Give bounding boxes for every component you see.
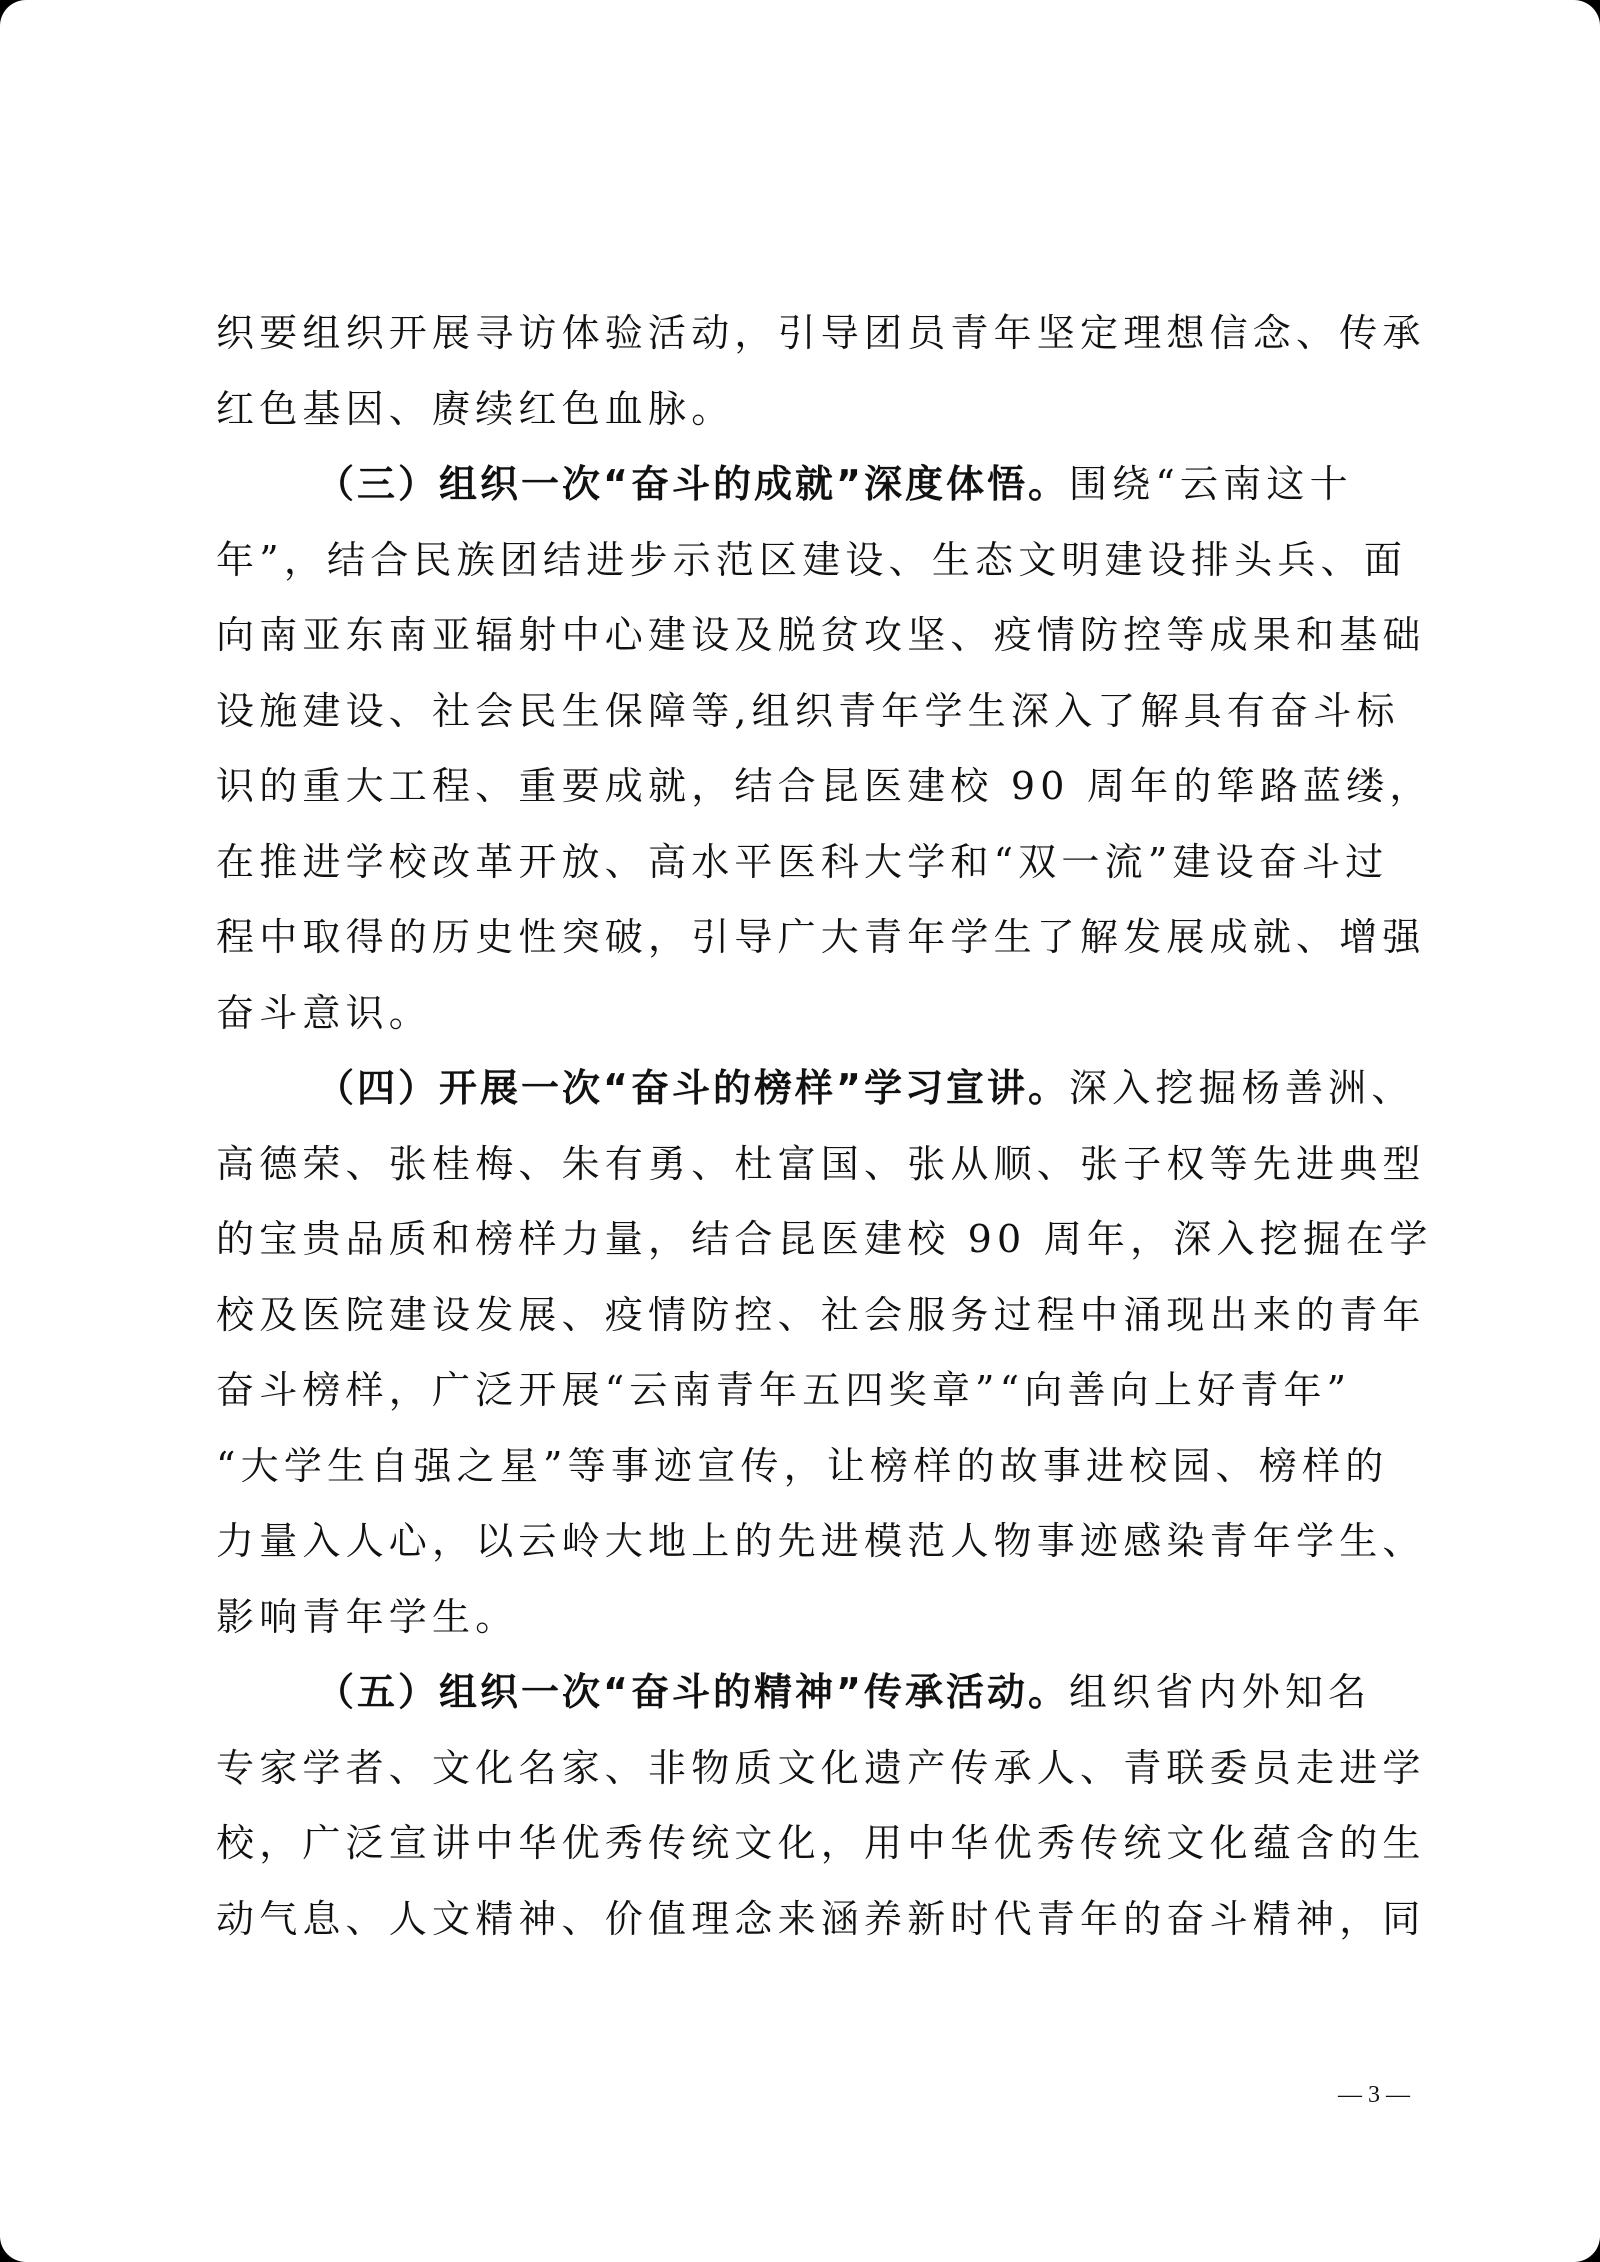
- text-line: 红色基因、赓续红色血脉。: [216, 372, 1400, 448]
- text-line-first: （五）组织一次“奋斗的精神”传承活动。组织省内外知名: [216, 1655, 1400, 1731]
- text-line: 识的重大工程、重要成就，结合昆医建校 90 周年的筚路蓝缕，: [216, 749, 1400, 825]
- section-heading: （三）组织一次“奋斗的成就”深度体悟。: [316, 462, 1069, 506]
- paragraph-section-3: （三）组织一次“奋斗的成就”深度体悟。围绕“云南这十 年”，结合民族团结进步示范…: [216, 447, 1400, 1051]
- text-line: 奋斗榜样，广泛开展“云南青年五四奖章”“向善向上好青年”: [216, 1353, 1400, 1429]
- text-line: 奋斗意识。: [216, 976, 1400, 1052]
- text-line: 力量入人心，以云岭大地上的先进模范人物事迹感染青年学生、: [216, 1504, 1400, 1580]
- text-run: 组织省内外知名: [1069, 1670, 1371, 1714]
- text-run: 围绕“云南这十: [1069, 462, 1353, 506]
- text-line: 设施建设、社会民生保障等,组织青年学生深入了解具有奋斗标: [216, 674, 1400, 750]
- text-line: 在推进学校改革开放、高水平医科大学和“双一流”建设奋斗过: [216, 825, 1400, 901]
- text-line: 校，广泛宣讲中华优秀传统文化，用中华优秀传统文化蕴含的生: [216, 1806, 1400, 1882]
- text-line: 织要组织开展寻访体验活动，引导团员青年坚定理想信念、传承: [216, 296, 1400, 372]
- document-body: 织要组织开展寻访体验活动，引导团员青年坚定理想信念、传承 红色基因、赓续红色血脉…: [216, 296, 1400, 1957]
- text-line: 的宝贵品质和榜样力量，结合昆医建校 90 周年，深入挖掘在学: [216, 1202, 1400, 1278]
- text-line: 向南亚东南亚辐射中心建设及脱贫攻坚、疫情防控等成果和基础: [216, 598, 1400, 674]
- text-line: 专家学者、文化名家、非物质文化遗产传承人、青联委员走进学: [216, 1731, 1400, 1807]
- text-line: 年”，结合民族团结进步示范区建设、生态文明建设排头兵、面: [216, 523, 1400, 599]
- paragraph-section-4: （四）开展一次“奋斗的榜样”学习宣讲。深入挖掘杨善洲、 高德荣、张桂梅、朱有勇、…: [216, 1051, 1400, 1655]
- paragraph-continued: 织要组织开展寻访体验活动，引导团员青年坚定理想信念、传承 红色基因、赓续红色血脉…: [216, 296, 1400, 447]
- text-run: 深入挖掘杨善洲、: [1069, 1066, 1415, 1110]
- text-line: “大学生自强之星”等事迹宣传，让榜样的故事进校园、榜样的: [216, 1429, 1400, 1505]
- text-line-first: （四）开展一次“奋斗的榜样”学习宣讲。深入挖掘杨善洲、: [216, 1051, 1400, 1127]
- page-number: — 3 —: [1338, 2082, 1410, 2109]
- text-line-first: （三）组织一次“奋斗的成就”深度体悟。围绕“云南这十: [216, 447, 1400, 523]
- section-heading: （四）开展一次“奋斗的榜样”学习宣讲。: [316, 1066, 1069, 1110]
- text-line: 动气息、人文精神、价值理念来涵养新时代青年的奋斗精神，同: [216, 1882, 1400, 1958]
- text-line: 程中取得的历史性突破，引导广大青年学生了解发展成就、增强: [216, 900, 1400, 976]
- text-line: 高德荣、张桂梅、朱有勇、杜富国、张从顺、张子权等先进典型: [216, 1127, 1400, 1203]
- text-line: 影响青年学生。: [216, 1580, 1400, 1656]
- paragraph-section-5: （五）组织一次“奋斗的精神”传承活动。组织省内外知名 专家学者、文化名家、非物质…: [216, 1655, 1400, 1957]
- document-page: 织要组织开展寻访体验活动，引导团员青年坚定理想信念、传承 红色基因、赓续红色血脉…: [0, 0, 1600, 2262]
- text-line: 校及医院建设发展、疫情防控、社会服务过程中涌现出来的青年: [216, 1278, 1400, 1354]
- section-heading: （五）组织一次“奋斗的精神”传承活动。: [316, 1670, 1069, 1714]
